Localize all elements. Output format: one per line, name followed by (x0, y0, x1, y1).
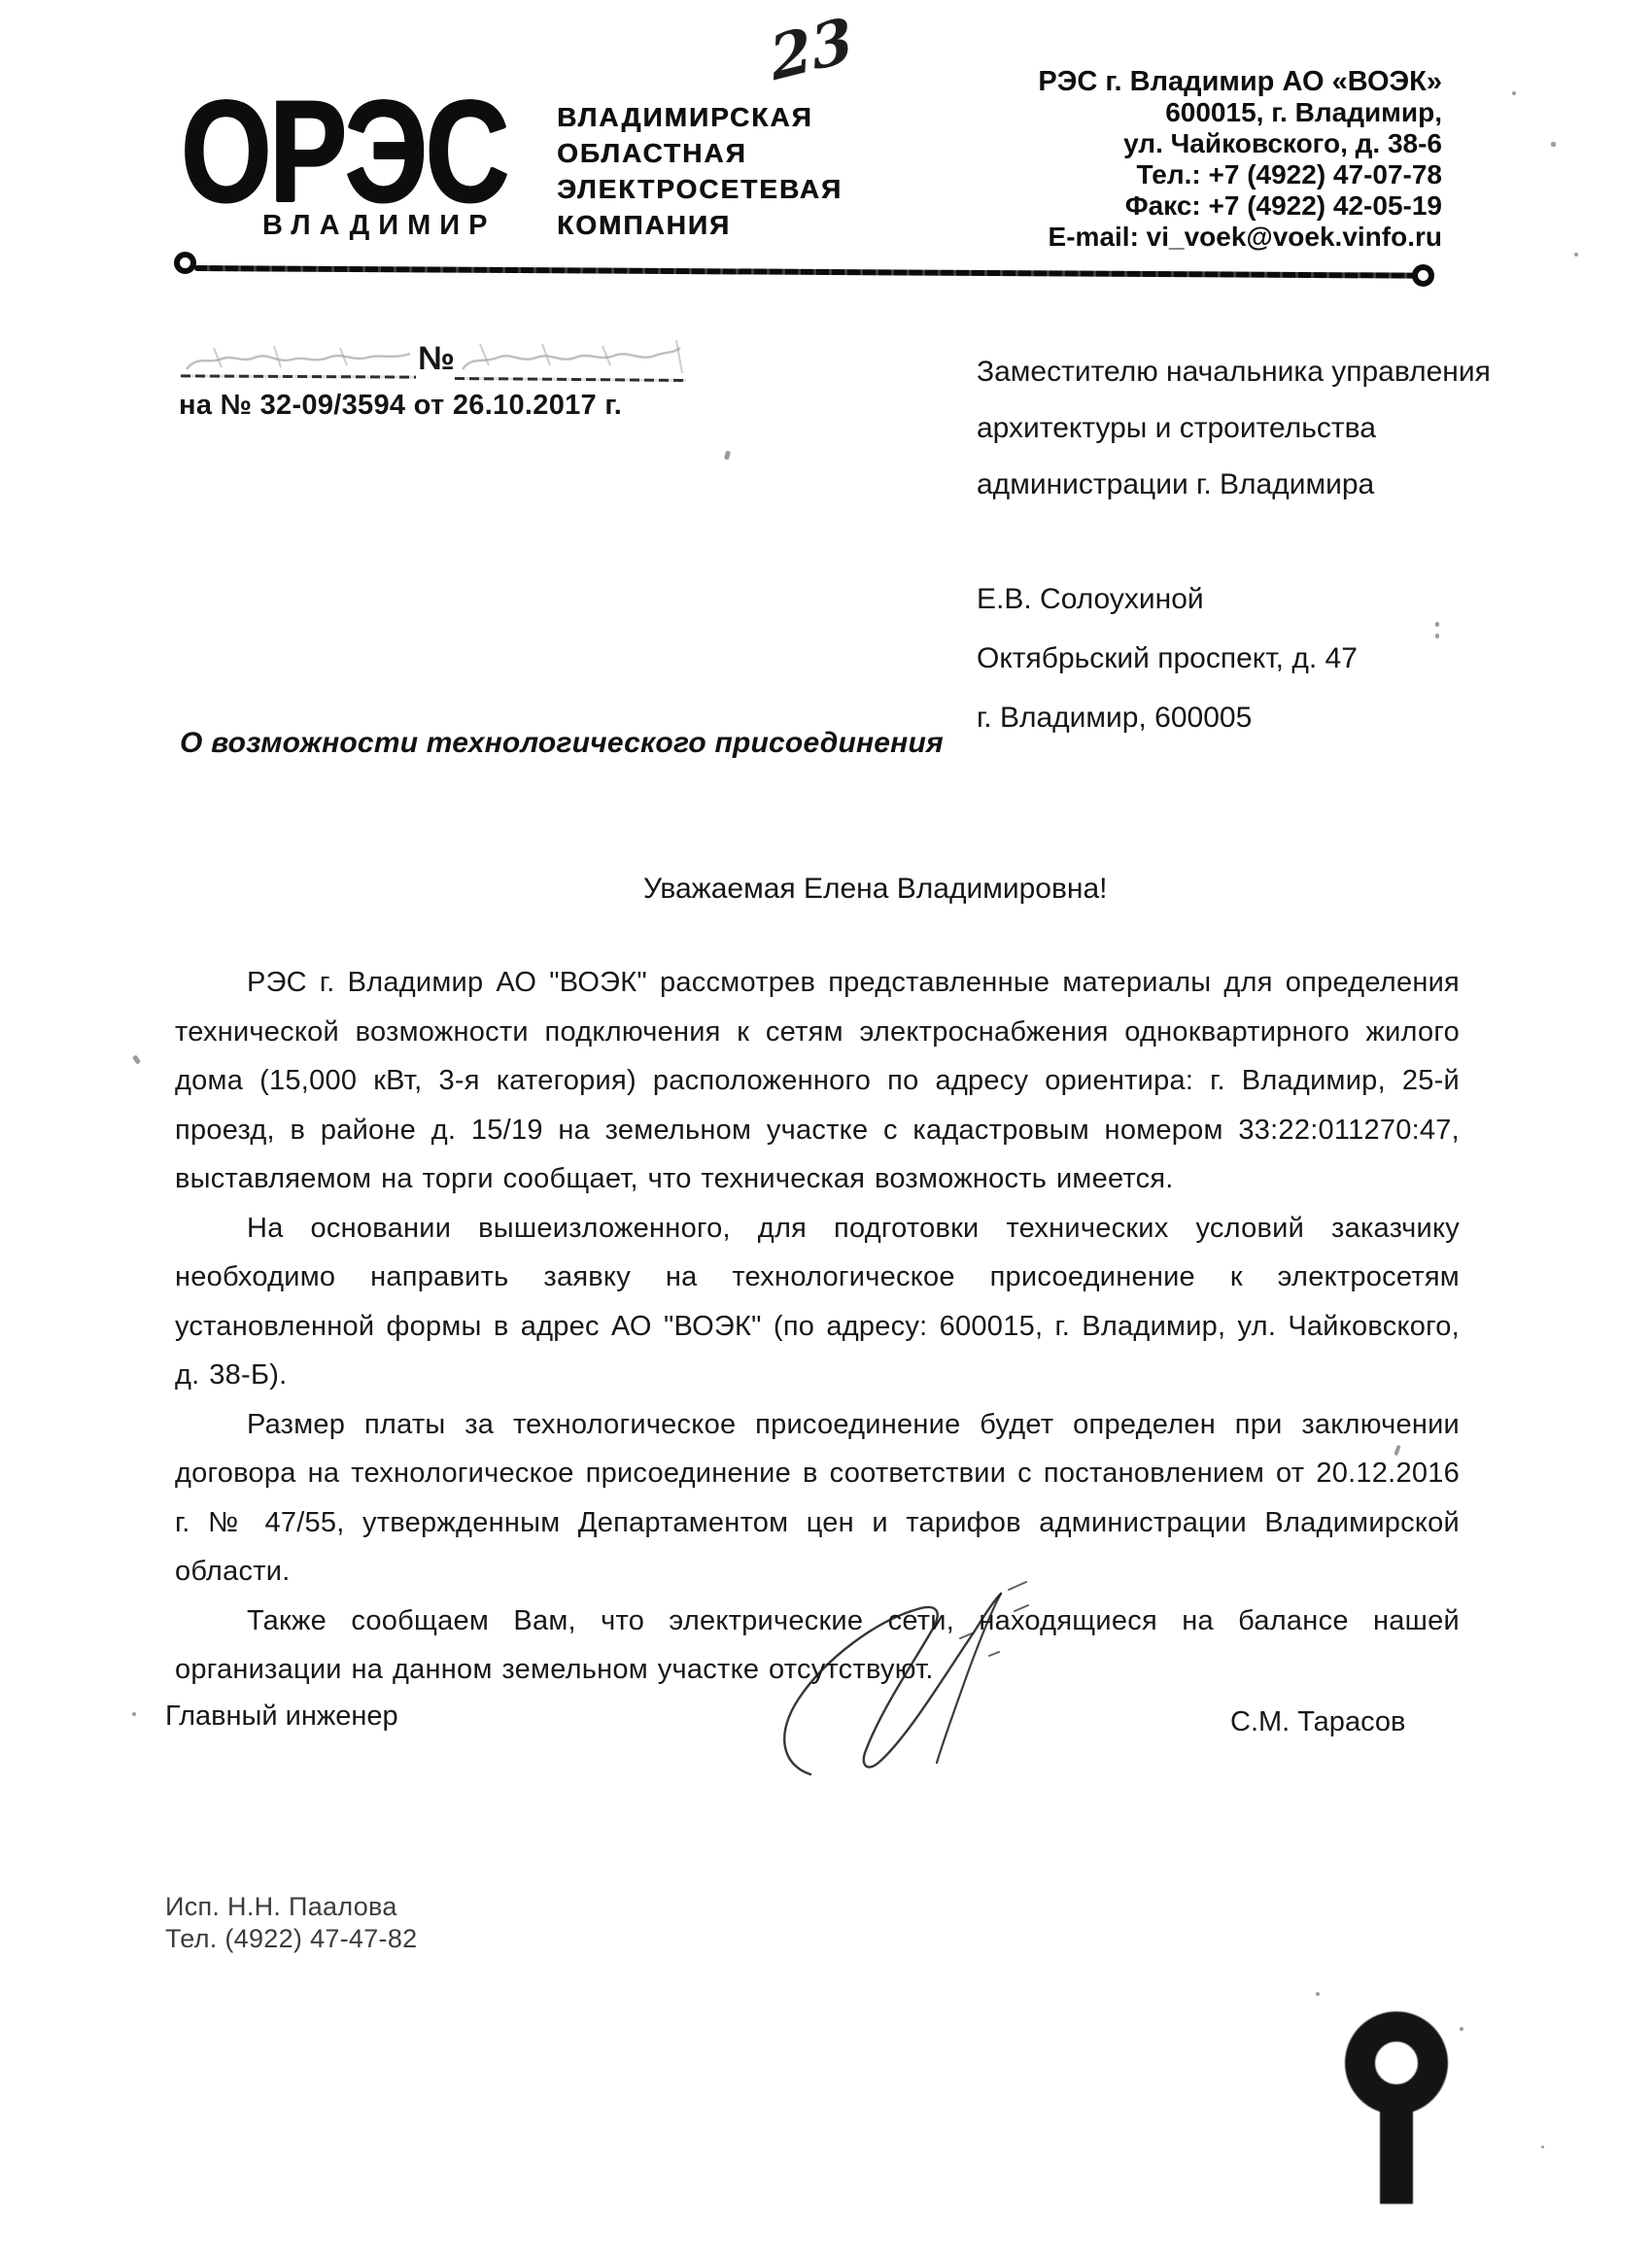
scan-artifact (724, 451, 731, 461)
org-name: РЭС г. Владимир АО «ВОЭК» (1038, 66, 1442, 97)
signer-title: Главный инженер (165, 1701, 398, 1733)
hole-punch-mark-icon (1345, 2011, 1448, 2114)
scan-artifact (1512, 91, 1516, 95)
recipient-name-address: Е.В. Солоухиной Октябрьский проспект, д.… (977, 569, 1358, 747)
handwritten-date-field (181, 336, 416, 379)
scan-artifact (132, 1712, 136, 1716)
body-paragraph: РЭС г. Владимир АО "ВОЭК" рассмотрев пре… (175, 958, 1460, 1204)
header-contacts: РЭС г. Владимир АО «ВОЭК» 600015, г. Вла… (1038, 66, 1442, 253)
company-name: ВЛАДИМИРСКАЯ ОБЛАСТНАЯ ЭЛЕКТРОСЕТЕВАЯ КО… (557, 99, 843, 243)
company-name-line: КОМПАНИЯ (557, 207, 843, 243)
org-phone: Тел.: +7 (4922) 47-07-78 (1038, 159, 1442, 190)
handwritten-page-number: 23 (766, 4, 857, 95)
scan-artifact (1316, 1992, 1320, 1996)
handwritten-number-field (455, 334, 686, 381)
body-paragraph: На основании вышеизложенного, для подгот… (175, 1204, 1460, 1400)
header-divider-line (194, 265, 1417, 279)
signature-scrawl (768, 1580, 1079, 1804)
company-name-line: ОБЛАСТНАЯ (557, 135, 843, 171)
company-name-line: ВЛАДИМИРСКАЯ (557, 99, 843, 135)
scan-artifact (1435, 622, 1439, 627)
recipient-line: администрации г. Владимира (977, 457, 1491, 513)
org-postal: 600015, г. Владимир, (1038, 97, 1442, 128)
divider-end-ring-icon (1412, 264, 1434, 287)
salutation: Уважаемая Елена Владимировна! (643, 873, 1108, 906)
recipient-position: Заместителю начальника управления архите… (977, 344, 1491, 513)
reply-to-reference: на № 32-09/3594 от 26.10.2017 г. (179, 390, 622, 422)
scan-artifact (132, 1054, 141, 1064)
executor-name: Исп. Н.Н. Паалова (165, 1891, 417, 1923)
scan-artifact (1541, 2146, 1544, 2148)
company-logo: ОРЭС (181, 72, 507, 229)
signer-name: С.М. Тарасов (1230, 1706, 1405, 1738)
number-sign-label: № (418, 340, 455, 378)
scan-artifact (1435, 634, 1439, 638)
body-paragraph: Размер платы за технологическое присоеди… (175, 1400, 1460, 1597)
scan-artifact (1551, 142, 1556, 147)
logo-city-label: ВЛАДИМИР (262, 210, 496, 242)
recipient-line: Заместителю начальника управления (977, 344, 1491, 400)
recipient-line: архитектуры и строительства (977, 400, 1491, 457)
hole-punch-mark-stem (1380, 2103, 1413, 2204)
scan-artifact (1460, 2027, 1463, 2031)
executor-block: Исп. Н.Н. Паалова Тел. (4922) 47-47-82 (165, 1891, 417, 1955)
org-street: ул. Чайковского, д. 38-6 (1038, 128, 1442, 159)
divider-end-ring-icon (174, 252, 196, 274)
letter-subject: О возможности технологического присоедин… (180, 727, 944, 760)
org-email: E-mail: vi_voek@voek.vinfo.ru (1038, 222, 1442, 253)
recipient-address-line: Октябрьский проспект, д. 47 (977, 629, 1358, 688)
recipient-address-line: г. Владимир, 600005 (977, 688, 1358, 747)
executor-phone: Тел. (4922) 47-47-82 (165, 1923, 417, 1955)
scanned-letter-page: 23 ОРЭС ВЛАДИМИР ВЛАДИМИРСКАЯ ОБЛАСТНАЯ … (0, 0, 1652, 2268)
company-name-line: ЭЛЕКТРОСЕТЕВАЯ (557, 171, 843, 207)
org-fax: Факс: +7 (4922) 42-05-19 (1038, 190, 1442, 222)
recipient-name: Е.В. Солоухиной (977, 569, 1358, 629)
scan-artifact (1574, 253, 1578, 257)
